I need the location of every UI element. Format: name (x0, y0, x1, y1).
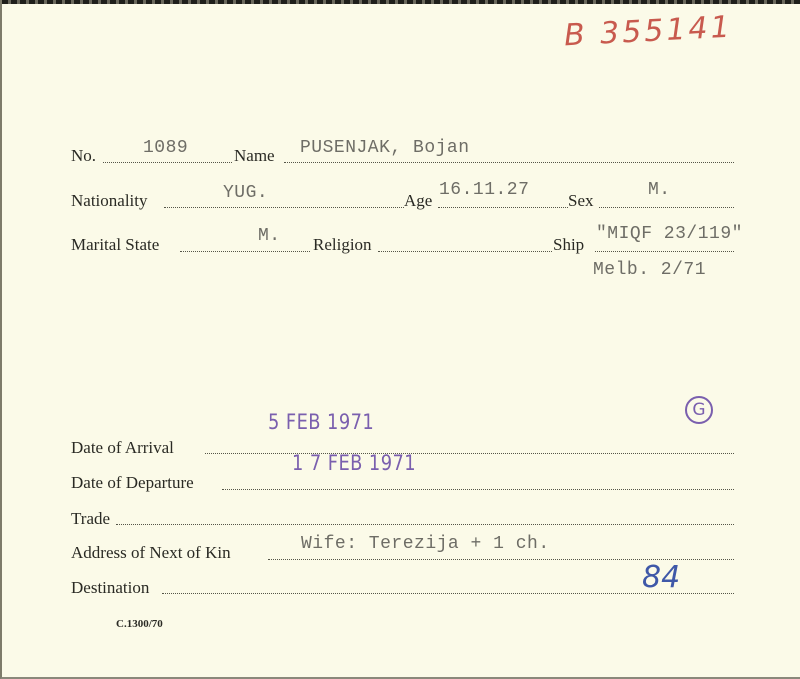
immigration-record-card: B 355141 No. 1089 Name PUSENJAK, Bojan N… (0, 0, 800, 679)
religion-line (378, 251, 552, 252)
nationality-line (164, 207, 404, 208)
destination-value: 84 (642, 560, 680, 595)
date-of-departure-label: Date of Departure (71, 473, 194, 493)
name-line (284, 162, 734, 163)
name-label: Name (234, 146, 275, 166)
ship-value: "MIQF 23/119" (596, 224, 743, 244)
circle-g-stamp: G (685, 396, 713, 424)
marital-state-label: Marital State (71, 235, 159, 255)
reference-number: B 355141 (563, 10, 733, 54)
ship-line (595, 251, 734, 252)
trade-line (116, 524, 734, 525)
date-of-arrival-label: Date of Arrival (71, 438, 174, 458)
destination-label: Destination (71, 578, 149, 598)
trade-label: Trade (71, 509, 110, 529)
ship-value-line2: Melb. 2/71 (593, 260, 706, 280)
name-value: PUSENJAK, Bojan (300, 138, 470, 158)
nationality-label: Nationality (71, 191, 147, 211)
no-value: 1089 (143, 138, 188, 158)
next-of-kin-label: Address of Next of Kin (71, 543, 231, 563)
sex-value: M. (648, 180, 671, 200)
arrival-date-stamp: 5 FEB 1971 (268, 410, 374, 434)
age-label: Age (404, 191, 432, 211)
marital-state-line (180, 251, 310, 252)
date-of-departure-line (222, 489, 734, 490)
no-line (103, 162, 232, 163)
age-line (438, 207, 568, 208)
date-of-arrival-line (205, 453, 734, 454)
form-code: C.1300/70 (116, 618, 163, 630)
departure-date-stamp: 1 7 FEB 1971 (292, 446, 416, 472)
next-of-kin-value: Wife: Terezija + 1 ch. (301, 534, 550, 554)
marital-state-value: M. (258, 226, 281, 246)
sex-line (599, 207, 734, 208)
no-label: No. (71, 146, 96, 166)
age-value: 16.11.27 (439, 180, 529, 200)
card-top-edge (2, 0, 800, 4)
sex-label: Sex (568, 191, 594, 211)
religion-label: Religion (313, 235, 372, 255)
nationality-value: YUG. (223, 183, 268, 203)
ship-label: Ship (553, 235, 584, 255)
